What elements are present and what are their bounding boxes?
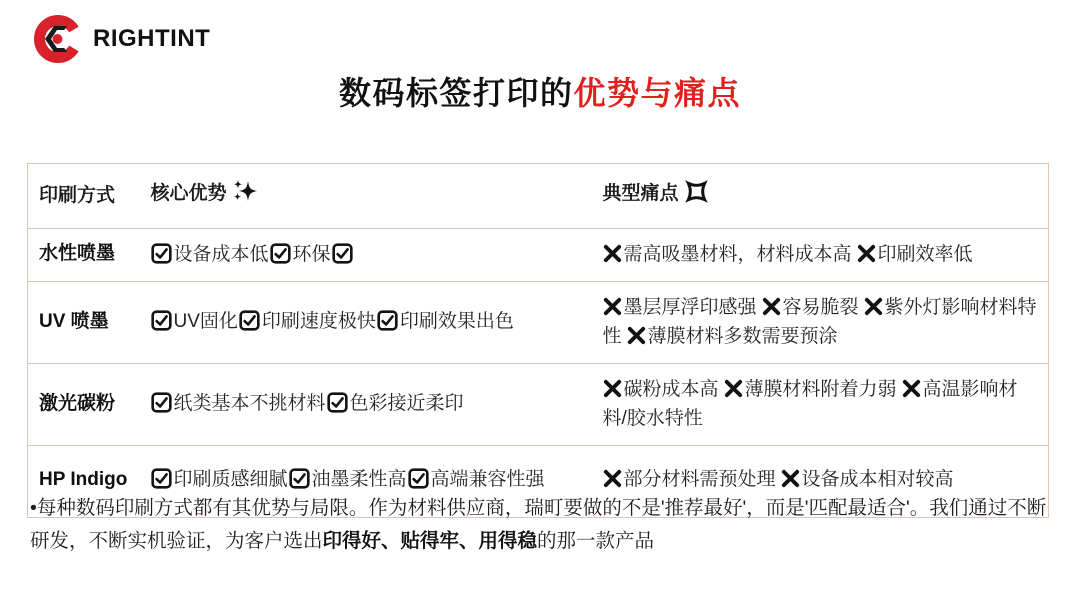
table-row: UV 喷墨UV固化印刷速度极快印刷效果出色墨层厚浮印感强容易脆裂紫外灯影响材料特… — [28, 282, 1049, 364]
advantage-item: 设备成本低 — [151, 244, 269, 265]
cross-icon — [857, 244, 876, 263]
page-title-black: 数码标签打印的 — [339, 75, 574, 111]
checkbox-check-icon — [151, 310, 172, 331]
advantages-cell: UV固化印刷速度极快印刷效果出色 — [140, 282, 592, 364]
pain-label: 部分材料需预处理 — [624, 469, 776, 490]
advantages-cell: 设备成本低环保 — [140, 228, 592, 282]
method-cell: 水性喷墨 — [28, 228, 140, 282]
advantage-label: UV固化 — [174, 311, 238, 332]
comparison-table: 印刷方式 核心优势 典型痛点 水性喷墨设备成本低环保需高吸墨材料，材料成本高印刷… — [27, 163, 1049, 518]
checkbox-check-icon — [151, 243, 172, 264]
pains-cell: 墨层厚浮印感强容易脆裂紫外灯影响材料特性薄膜材料多数需要预涂 — [592, 282, 1049, 364]
advantage-label: 设备成本低 — [174, 244, 269, 265]
advantages-cell: 纸类基本不挑材料色彩接近柔印 — [140, 364, 592, 446]
advantage-label: 印刷效果出色 — [400, 311, 514, 332]
collision-icon — [685, 187, 708, 208]
cross-icon — [603, 244, 622, 263]
pains-cell: 需高吸墨材料，材料成本高印刷效率低 — [592, 228, 1049, 282]
advantage-label: 印刷速度极快 — [262, 311, 376, 332]
table-row: 水性喷墨设备成本低环保需高吸墨材料，材料成本高印刷效率低 — [28, 228, 1049, 282]
pain-label: 碳粉成本高 — [624, 379, 719, 400]
advantage-item: 高端兼容性强 — [408, 469, 545, 490]
pain-label: 容易脆裂 — [783, 297, 859, 318]
pain-item: 设备成本相对较高 — [781, 469, 954, 490]
advantage-label: 印刷质感细腻 — [174, 469, 288, 490]
pain-item: 薄膜材料附着力弱 — [724, 379, 897, 400]
table-row: 激光碳粉纸类基本不挑材料色彩接近柔印碳粉成本高薄膜材料附着力弱高温影响材料/胶水… — [28, 364, 1049, 446]
col-header-advantages-label: 核心优势 — [151, 183, 227, 204]
cross-icon — [603, 379, 622, 398]
table-header-row: 印刷方式 核心优势 典型痛点 — [28, 164, 1049, 229]
advantage-label: 高端兼容性强 — [431, 469, 545, 490]
pain-item: 碳粉成本高 — [603, 379, 719, 400]
pain-item: 容易脆裂 — [762, 297, 859, 318]
col-header-method: 印刷方式 — [28, 164, 140, 229]
pains-cell: 碳粉成本高薄膜材料附着力弱高温影响材料/胶水特性 — [592, 364, 1049, 446]
checkbox-check-icon — [332, 243, 353, 264]
advantage-label: 纸类基本不挑材料 — [174, 393, 326, 414]
advantage-item — [332, 244, 355, 265]
advantage-item: 色彩接近柔印 — [327, 393, 464, 414]
pain-item: 需高吸墨材料，材料成本高 — [603, 244, 852, 265]
checkbox-check-icon — [151, 468, 172, 489]
advantage-item: 印刷效果出色 — [377, 311, 514, 332]
checkbox-check-icon — [270, 243, 291, 264]
footer-note: •每种数码印刷方式都有其优势与局限。作为材料供应商，瑞町要做的不是'推荐最好'，… — [30, 492, 1050, 558]
page-title: 数码标签打印的优势与痛点 — [0, 68, 1080, 114]
advantage-item: UV固化 — [151, 311, 238, 332]
advantage-item: 印刷速度极快 — [239, 311, 376, 332]
method-cell: UV 喷墨 — [28, 282, 140, 364]
cross-icon — [762, 297, 781, 316]
pain-label: 薄膜材料附着力弱 — [745, 379, 897, 400]
pain-label: 墨层厚浮印感强 — [624, 297, 757, 318]
cross-icon — [603, 297, 622, 316]
checkbox-check-icon — [408, 468, 429, 489]
col-header-advantages: 核心优势 — [140, 164, 592, 229]
cross-icon — [902, 379, 921, 398]
pain-label: 薄膜材料多数需要预涂 — [648, 326, 838, 347]
advantage-item: 油墨柔性高 — [289, 469, 407, 490]
advantage-item: 纸类基本不挑材料 — [151, 393, 326, 414]
footer-tail: 的那一款产品 — [537, 530, 654, 552]
comparison-table-wrap: 印刷方式 核心优势 典型痛点 水性喷墨设备成本低环保需高吸墨材料，材料成本高印刷… — [27, 163, 1048, 518]
pain-item: 薄膜材料多数需要预涂 — [627, 326, 838, 347]
page-title-red: 优势与痛点 — [574, 75, 742, 111]
pain-label: 设备成本相对较高 — [802, 469, 954, 490]
checkbox-check-icon — [327, 392, 348, 413]
cross-icon — [603, 469, 622, 488]
brand-name: RIGHTINT — [93, 25, 210, 53]
footer-bold-phrase: 印得好、贴得牢、用得稳 — [323, 530, 538, 552]
rightint-c-logo-icon — [33, 13, 85, 65]
cross-icon — [724, 379, 743, 398]
cross-icon — [627, 326, 646, 345]
sparkles-icon — [233, 187, 257, 208]
advantage-label: 色彩接近柔印 — [350, 393, 464, 414]
pain-item: 部分材料需预处理 — [603, 469, 776, 490]
checkbox-check-icon — [289, 468, 310, 489]
pain-label: 印刷效率低 — [878, 244, 973, 265]
col-header-pains-label: 典型痛点 — [603, 183, 679, 204]
advantage-label: 油墨柔性高 — [312, 469, 407, 490]
method-cell: 激光碳粉 — [28, 364, 140, 446]
checkbox-check-icon — [377, 310, 398, 331]
pain-item: 墨层厚浮印感强 — [603, 297, 757, 318]
checkbox-check-icon — [151, 392, 172, 413]
cross-icon — [864, 297, 883, 316]
advantage-item: 环保 — [270, 244, 331, 265]
col-header-pains: 典型痛点 — [592, 164, 1049, 229]
checkbox-check-icon — [239, 310, 260, 331]
pain-item: 印刷效率低 — [857, 244, 973, 265]
brand-logo: RIGHTINT — [33, 13, 210, 65]
col-header-method-label: 印刷方式 — [39, 185, 115, 206]
advantage-label: 环保 — [293, 244, 331, 265]
cross-icon — [781, 469, 800, 488]
pain-label: 需高吸墨材料，材料成本高 — [624, 244, 852, 265]
advantage-item: 印刷质感细腻 — [151, 469, 288, 490]
